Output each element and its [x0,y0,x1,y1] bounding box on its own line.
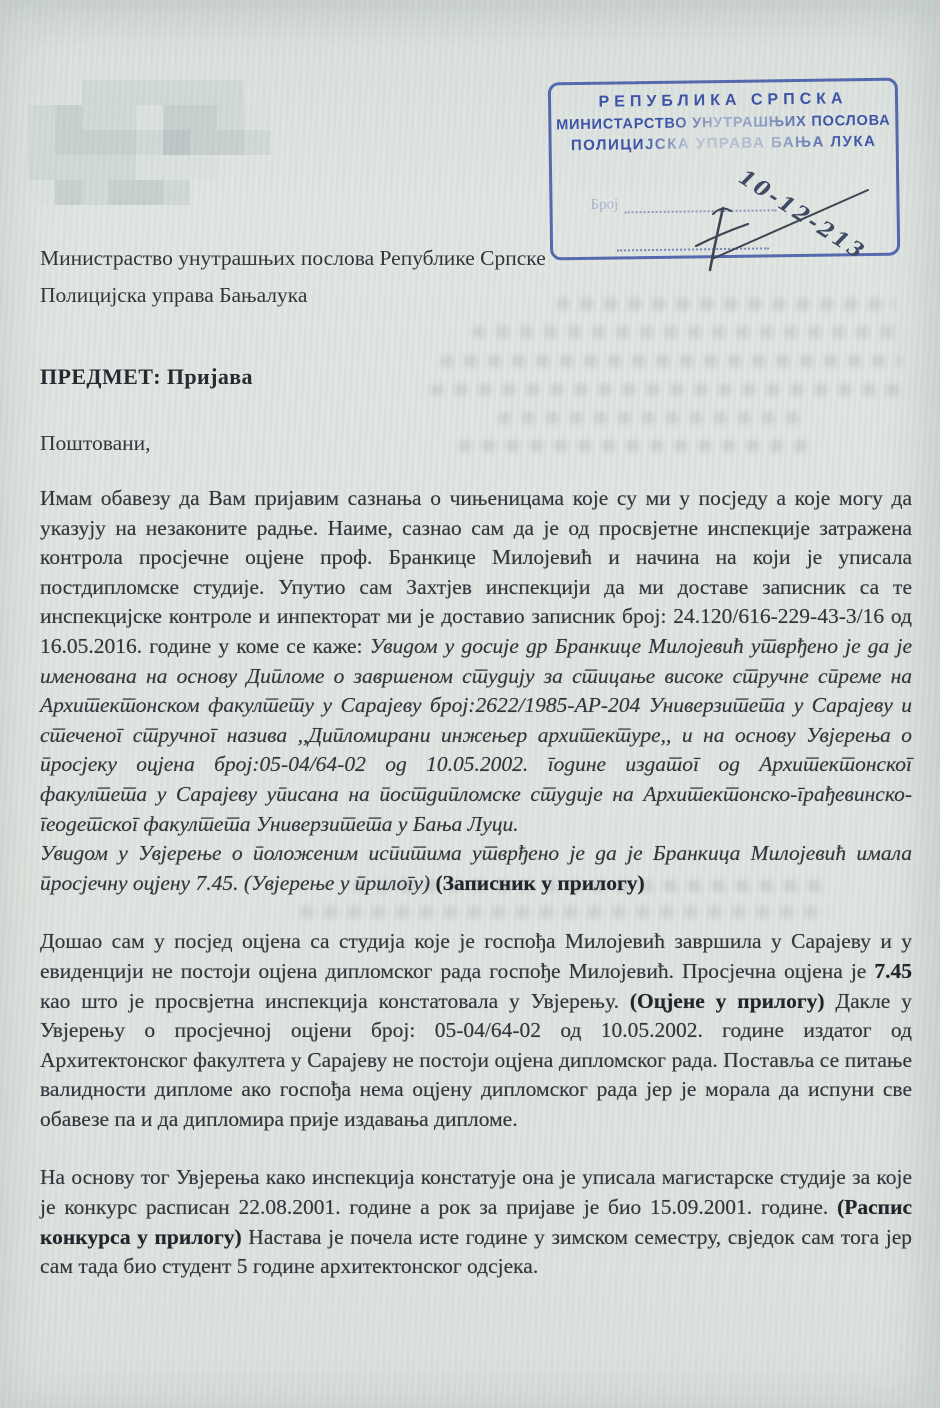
redaction-cell [136,155,163,180]
redaction-cell [55,155,82,180]
stamp-number-row: Број [590,194,776,214]
redaction-cell [136,105,163,130]
stamp-number-label: Број [590,196,618,213]
redaction-cell [82,80,109,105]
redaction-cell [217,130,244,155]
redaction-cell [55,105,82,130]
text-run: На основу тог Увјерења како инспекција к… [40,1165,912,1219]
redaction-cell [82,105,109,130]
letter-paragraphs: Имам обавезу да Вам пријавим сазнања о ч… [40,484,912,1282]
redacted-text-region [28,80,271,205]
recipient-line-ministry: Министраство унутрашњих послова Републик… [40,240,912,277]
redaction-cell [163,180,190,205]
text-run: (Оцјене у прилогу) [630,989,825,1013]
redaction-cell [244,130,271,155]
redaction-cell [28,155,55,180]
redaction-cell [109,105,136,130]
redaction-cell [82,130,109,155]
redaction-cell [55,180,82,205]
redaction-cell [190,105,217,130]
redaction-cell [217,105,244,130]
redaction-cell [163,105,190,130]
text-run: Имам обавезу да Вам пријавим сазнања о ч… [40,486,912,658]
redaction-cell [28,105,55,130]
redaction-cell [82,155,109,180]
redaction-cell [217,80,244,105]
redaction-cell [82,180,109,205]
stamp-line-police-administration: ПОЛИЦИЈСКА УПРАВА БАЊА ЛУКА [552,133,896,155]
para-3: На основу тог Увјерења како инспекција к… [40,1163,912,1281]
redaction-cell [190,130,217,155]
para-1-continuation: Увидом у Увјерење о положеним испитима у… [40,839,912,898]
subject-line: ПРЕДМЕТ: Пријава [40,362,912,392]
redaction-cell [136,180,163,205]
recipient-address: Министраство унутрашњих послова Републик… [40,240,912,314]
redaction-cell [28,130,55,155]
redaction-cell [109,155,136,180]
text-run: Дошао сам у посјед оцјена са студија кој… [40,929,912,983]
letter-content: Министраство унутрашњих послова Републик… [40,240,912,1282]
stamp-line-ministry: МИНИСТАРСТВО УНУТРАШЊИХ ПОСЛОВА [551,113,895,134]
salutation: Поштовани, [40,428,912,458]
text-run: 7.45 [874,959,912,983]
redaction-cell [244,105,271,130]
redaction-cell [109,80,136,105]
redaction-cell [190,155,217,180]
text-run: Увидом у досије др Бранкице Милојевић ут… [40,634,912,836]
redaction-cell [55,130,82,155]
redaction-cell [109,130,136,155]
redaction-cell [109,180,136,205]
redaction-cell [28,180,55,205]
para-2: Дошао сам у посјед оцјена са студија кој… [40,927,912,1134]
redaction-cell [136,80,163,105]
redaction-cell [163,155,190,180]
para-1: Имам обавезу да Вам пријавим сазнања о ч… [40,484,912,839]
redaction-cell [190,80,217,105]
redaction-cell [163,130,190,155]
scanned-letter-page: РЕПУБЛИКА СРПСКА МИНИСТАРСТВО УНУТРАШЊИХ… [0,0,940,1408]
recipient-line-police: Полицијска управа Бањалука [40,277,912,314]
stamp-line-republic: РЕПУБЛИКА СРПСКА [551,90,895,113]
text-run: као што је просвјетна инспекција констат… [40,989,630,1013]
redaction-cell [136,130,163,155]
redaction-cell [163,80,190,105]
text-run: (Записник у прилогу) [435,871,644,895]
